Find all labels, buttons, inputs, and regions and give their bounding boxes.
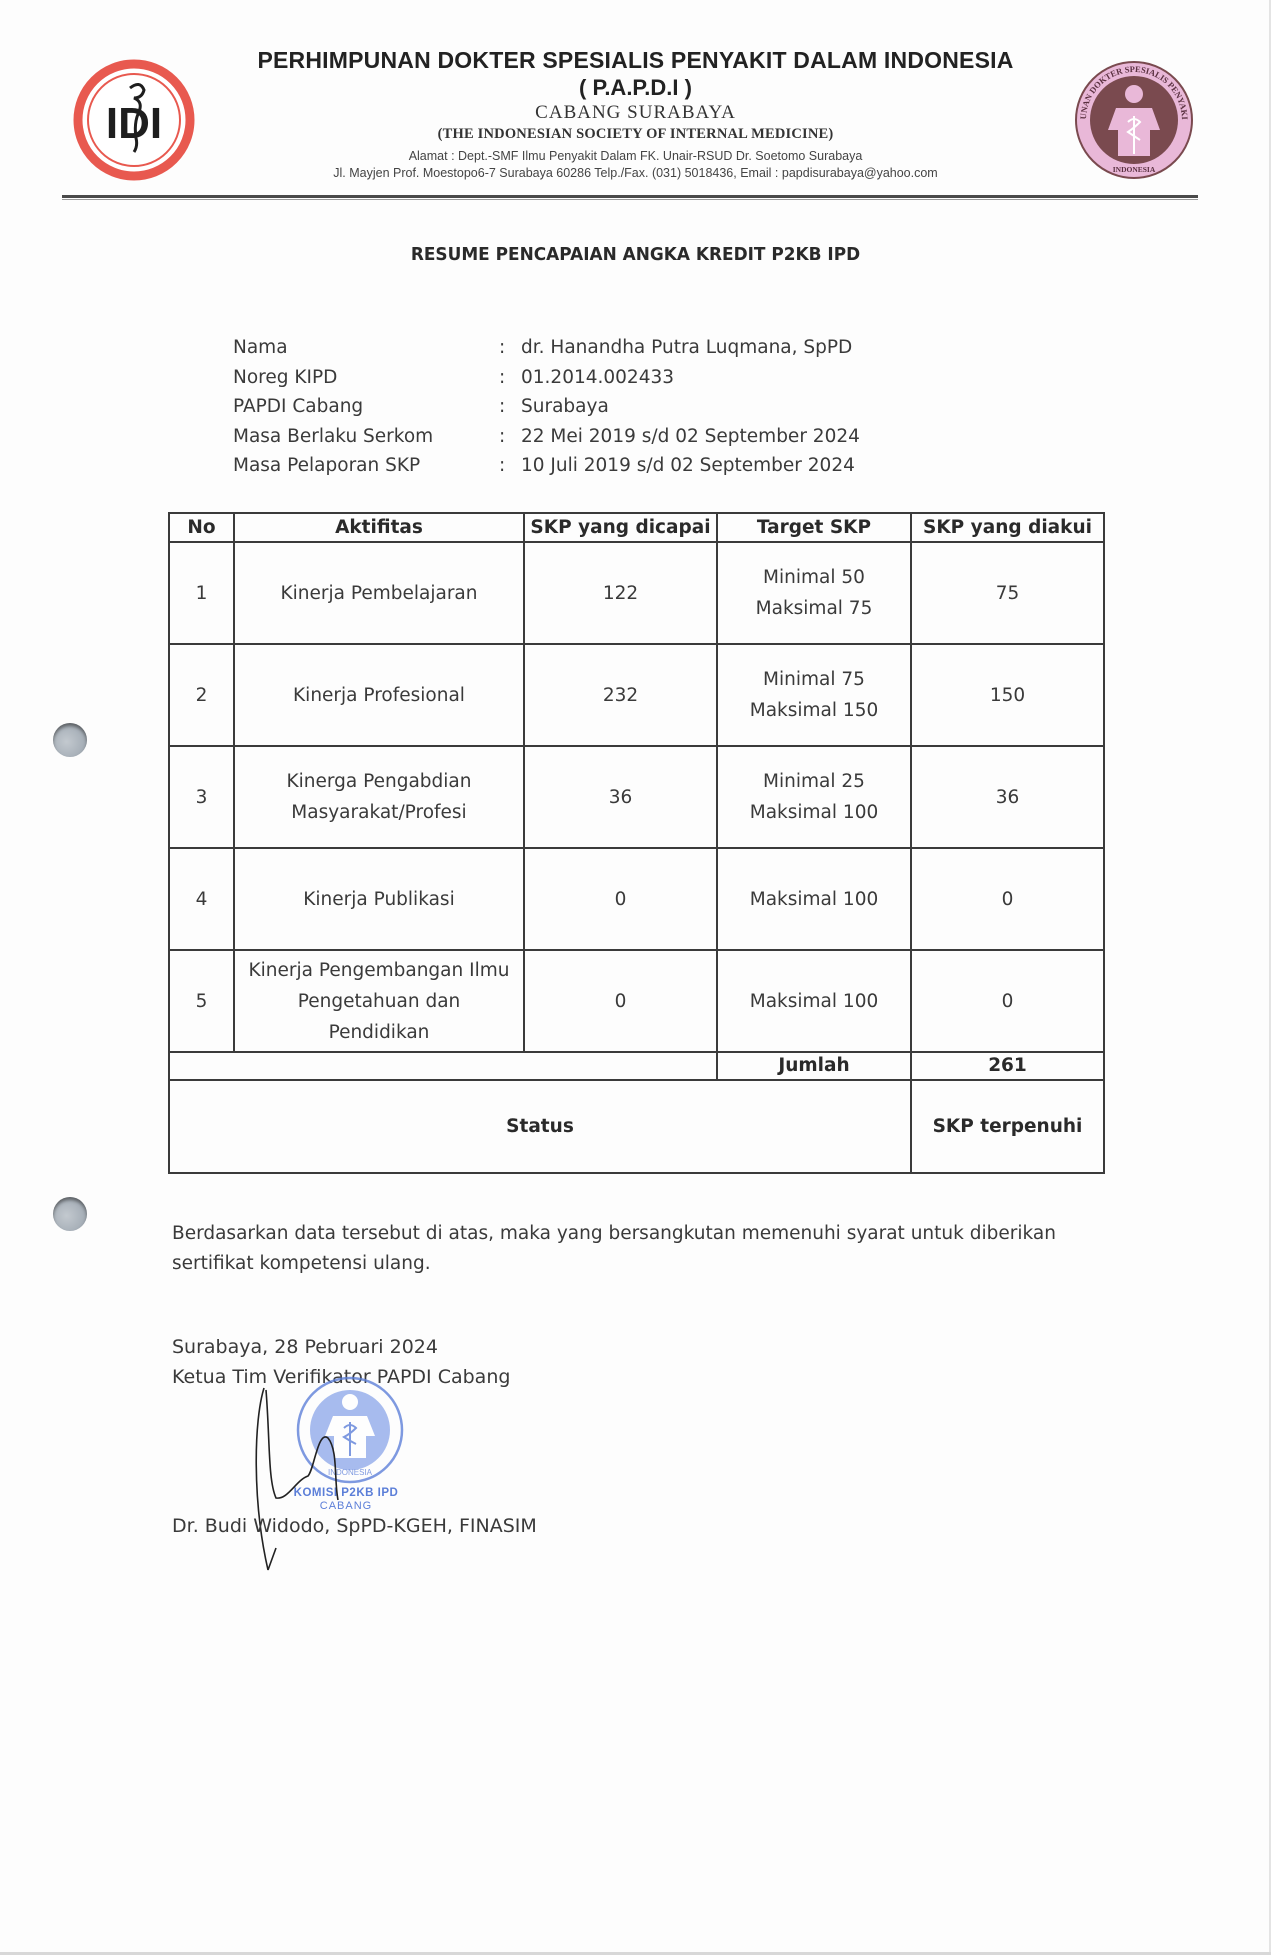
info-colon: : xyxy=(499,337,521,358)
address-line-1: Alamat : Dept.-SMF Ilmu Penyakit Dalam F… xyxy=(0,149,1271,163)
punch-hole xyxy=(53,723,87,757)
table-row: 4Kinerja Publikasi0Maksimal 1000 xyxy=(169,848,1104,950)
cell-aktifitas: Kinerja Profesional xyxy=(234,644,524,746)
cell-target-skp: Minimal 25Maksimal 100 xyxy=(717,746,911,848)
info-colon: : xyxy=(499,396,521,417)
cell-aktifitas-line: Kinerga Pengabdian xyxy=(239,766,519,797)
handwritten-signature-icon xyxy=(248,1380,388,1580)
cell-skp-dicapai: 122 xyxy=(524,542,717,644)
status-value: SKP terpenuhi xyxy=(911,1080,1104,1173)
cell-skp-dicapai: 0 xyxy=(524,950,717,1052)
cell-skp-diakui: 0 xyxy=(911,950,1104,1052)
cell-skp-diakui: 0 xyxy=(911,848,1104,950)
letterhead-divider-thin xyxy=(62,199,1198,200)
cell-target-skp: Maksimal 100 xyxy=(717,848,911,950)
header-aktifitas: Aktifitas xyxy=(234,513,524,542)
cell-aktifitas-line: Kinerja Pengembangan Ilmu xyxy=(239,955,519,986)
organization-name: PERHIMPUNAN DOKTER SPESIALIS PENYAKIT DA… xyxy=(0,47,1271,74)
cell-target-skp-line: Maksimal 100 xyxy=(722,884,906,915)
table-row: 1Kinerja Pembelajaran122Minimal 50Maksim… xyxy=(169,542,1104,644)
info-row-cabang: PAPDI Cabang : Surabaya xyxy=(233,392,860,422)
info-value: 22 Mei 2019 s/d 02 September 2024 xyxy=(521,426,860,447)
header-skp-diakui: SKP yang diakui xyxy=(911,513,1104,542)
info-row-nama: Nama : dr. Hanandha Putra Luqmana, SpPD xyxy=(233,333,860,363)
organization-abbreviation: ( P.A.P.D.I ) xyxy=(0,75,1271,101)
cell-skp-diakui: 150 xyxy=(911,644,1104,746)
skp-table: No Aktifitas SKP yang dicapai Target SKP… xyxy=(168,512,1105,1174)
table-body: 1Kinerja Pembelajaran122Minimal 50Maksim… xyxy=(169,542,1104,1173)
info-row-serkom: Masa Berlaku Serkom : 22 Mei 2019 s/d 02… xyxy=(233,422,860,452)
table-header-row: No Aktifitas SKP yang dicapai Target SKP… xyxy=(169,513,1104,542)
total-spacer xyxy=(169,1052,717,1080)
table-row: 2Kinerja Profesional232Minimal 75Maksima… xyxy=(169,644,1104,746)
info-row-noreg: Noreg KIPD : 01.2014.002433 xyxy=(233,363,860,393)
cell-aktifitas-line: Masyarakat/Profesi xyxy=(239,797,519,828)
total-value: 261 xyxy=(911,1052,1104,1080)
signer-name: Dr. Budi Widodo, SpPD-KGEH, FINASIM xyxy=(172,1515,537,1537)
info-value: dr. Hanandha Putra Luqmana, SpPD xyxy=(521,337,852,358)
cell-aktifitas-line: Pendidikan xyxy=(239,1017,519,1048)
info-colon: : xyxy=(499,426,521,447)
table-row: 5Kinerja Pengembangan IlmuPengetahuan da… xyxy=(169,950,1104,1052)
cell-skp-dicapai: 0 xyxy=(524,848,717,950)
cell-target-skp-line: Maksimal 75 xyxy=(722,593,906,624)
total-label: Jumlah xyxy=(717,1052,911,1080)
cell-skp-dicapai: 232 xyxy=(524,644,717,746)
cell-aktifitas: Kinerja Publikasi xyxy=(234,848,524,950)
address-line-2: Jl. Mayjen Prof. Moestopo6-7 Surabaya 60… xyxy=(0,166,1271,180)
document-title: RESUME PENCAPAIAN ANGKA KREDIT P2KB IPD xyxy=(38,244,1233,265)
info-value: Surabaya xyxy=(521,396,609,417)
cell-target-skp: Minimal 50Maksimal 75 xyxy=(717,542,911,644)
cell-no: 4 xyxy=(169,848,234,950)
statement-paragraph: Berdasarkan data tersebut di atas, maka … xyxy=(172,1219,1132,1279)
cell-no: 1 xyxy=(169,542,234,644)
cell-target-skp-line: Maksimal 150 xyxy=(722,695,906,726)
status-label: Status xyxy=(169,1080,911,1173)
cell-no: 2 xyxy=(169,644,234,746)
cell-aktifitas-line: Pengetahuan dan xyxy=(239,986,519,1017)
cell-target-skp: Maksimal 100 xyxy=(717,950,911,1052)
info-label: Noreg KIPD xyxy=(233,367,499,388)
info-label: Nama xyxy=(233,337,499,358)
english-name: (THE INDONESIAN SOCIETY OF INTERNAL MEDI… xyxy=(0,126,1271,143)
cell-target-skp-line: Minimal 75 xyxy=(722,664,906,695)
cell-aktifitas: Kinerja Pengembangan IlmuPengetahuan dan… xyxy=(234,950,524,1052)
info-colon: : xyxy=(499,455,521,476)
info-block: Nama : dr. Hanandha Putra Luqmana, SpPD … xyxy=(233,333,860,481)
info-label: Masa Pelaporan SKP xyxy=(233,455,499,476)
table-row: 3Kinerga PengabdianMasyarakat/Profesi36M… xyxy=(169,746,1104,848)
cell-skp-diakui: 75 xyxy=(911,542,1104,644)
cell-skp-diakui: 36 xyxy=(911,746,1104,848)
info-label: Masa Berlaku Serkom xyxy=(233,426,499,447)
info-label: PAPDI Cabang xyxy=(233,396,499,417)
cell-no: 5 xyxy=(169,950,234,1052)
cell-aktifitas: Kinerga PengabdianMasyarakat/Profesi xyxy=(234,746,524,848)
info-colon: : xyxy=(499,367,521,388)
branch-name: CABANG SURABAYA xyxy=(0,102,1271,124)
cell-aktifitas: Kinerja Pembelajaran xyxy=(234,542,524,644)
status-row: Status SKP terpenuhi xyxy=(169,1080,1104,1173)
cell-aktifitas-line: Kinerja Pembelajaran xyxy=(239,578,519,609)
header-no: No xyxy=(169,513,234,542)
cell-target-skp-line: Minimal 25 xyxy=(722,766,906,797)
cell-target-skp-line: Maksimal 100 xyxy=(722,986,906,1017)
letterhead-divider xyxy=(62,195,1198,198)
info-value: 01.2014.002433 xyxy=(521,367,674,388)
place-date: Surabaya, 28 Pebruari 2024 xyxy=(172,1336,438,1358)
cell-aktifitas-line: Kinerja Profesional xyxy=(239,680,519,711)
cell-skp-dicapai: 36 xyxy=(524,746,717,848)
cell-aktifitas-line: Kinerja Publikasi xyxy=(239,884,519,915)
cell-no: 3 xyxy=(169,746,234,848)
cell-target-skp-line: Minimal 50 xyxy=(722,562,906,593)
total-row: Jumlah 261 xyxy=(169,1052,1104,1080)
cell-target-skp: Minimal 75Maksimal 150 xyxy=(717,644,911,746)
header-target-skp: Target SKP xyxy=(717,513,911,542)
punch-hole xyxy=(53,1197,87,1231)
info-row-pelaporan: Masa Pelaporan SKP : 10 Juli 2019 s/d 02… xyxy=(233,451,860,481)
header-skp-dicapai: SKP yang dicapai xyxy=(524,513,717,542)
info-value: 10 Juli 2019 s/d 02 September 2024 xyxy=(521,455,855,476)
cell-target-skp-line: Maksimal 100 xyxy=(722,797,906,828)
